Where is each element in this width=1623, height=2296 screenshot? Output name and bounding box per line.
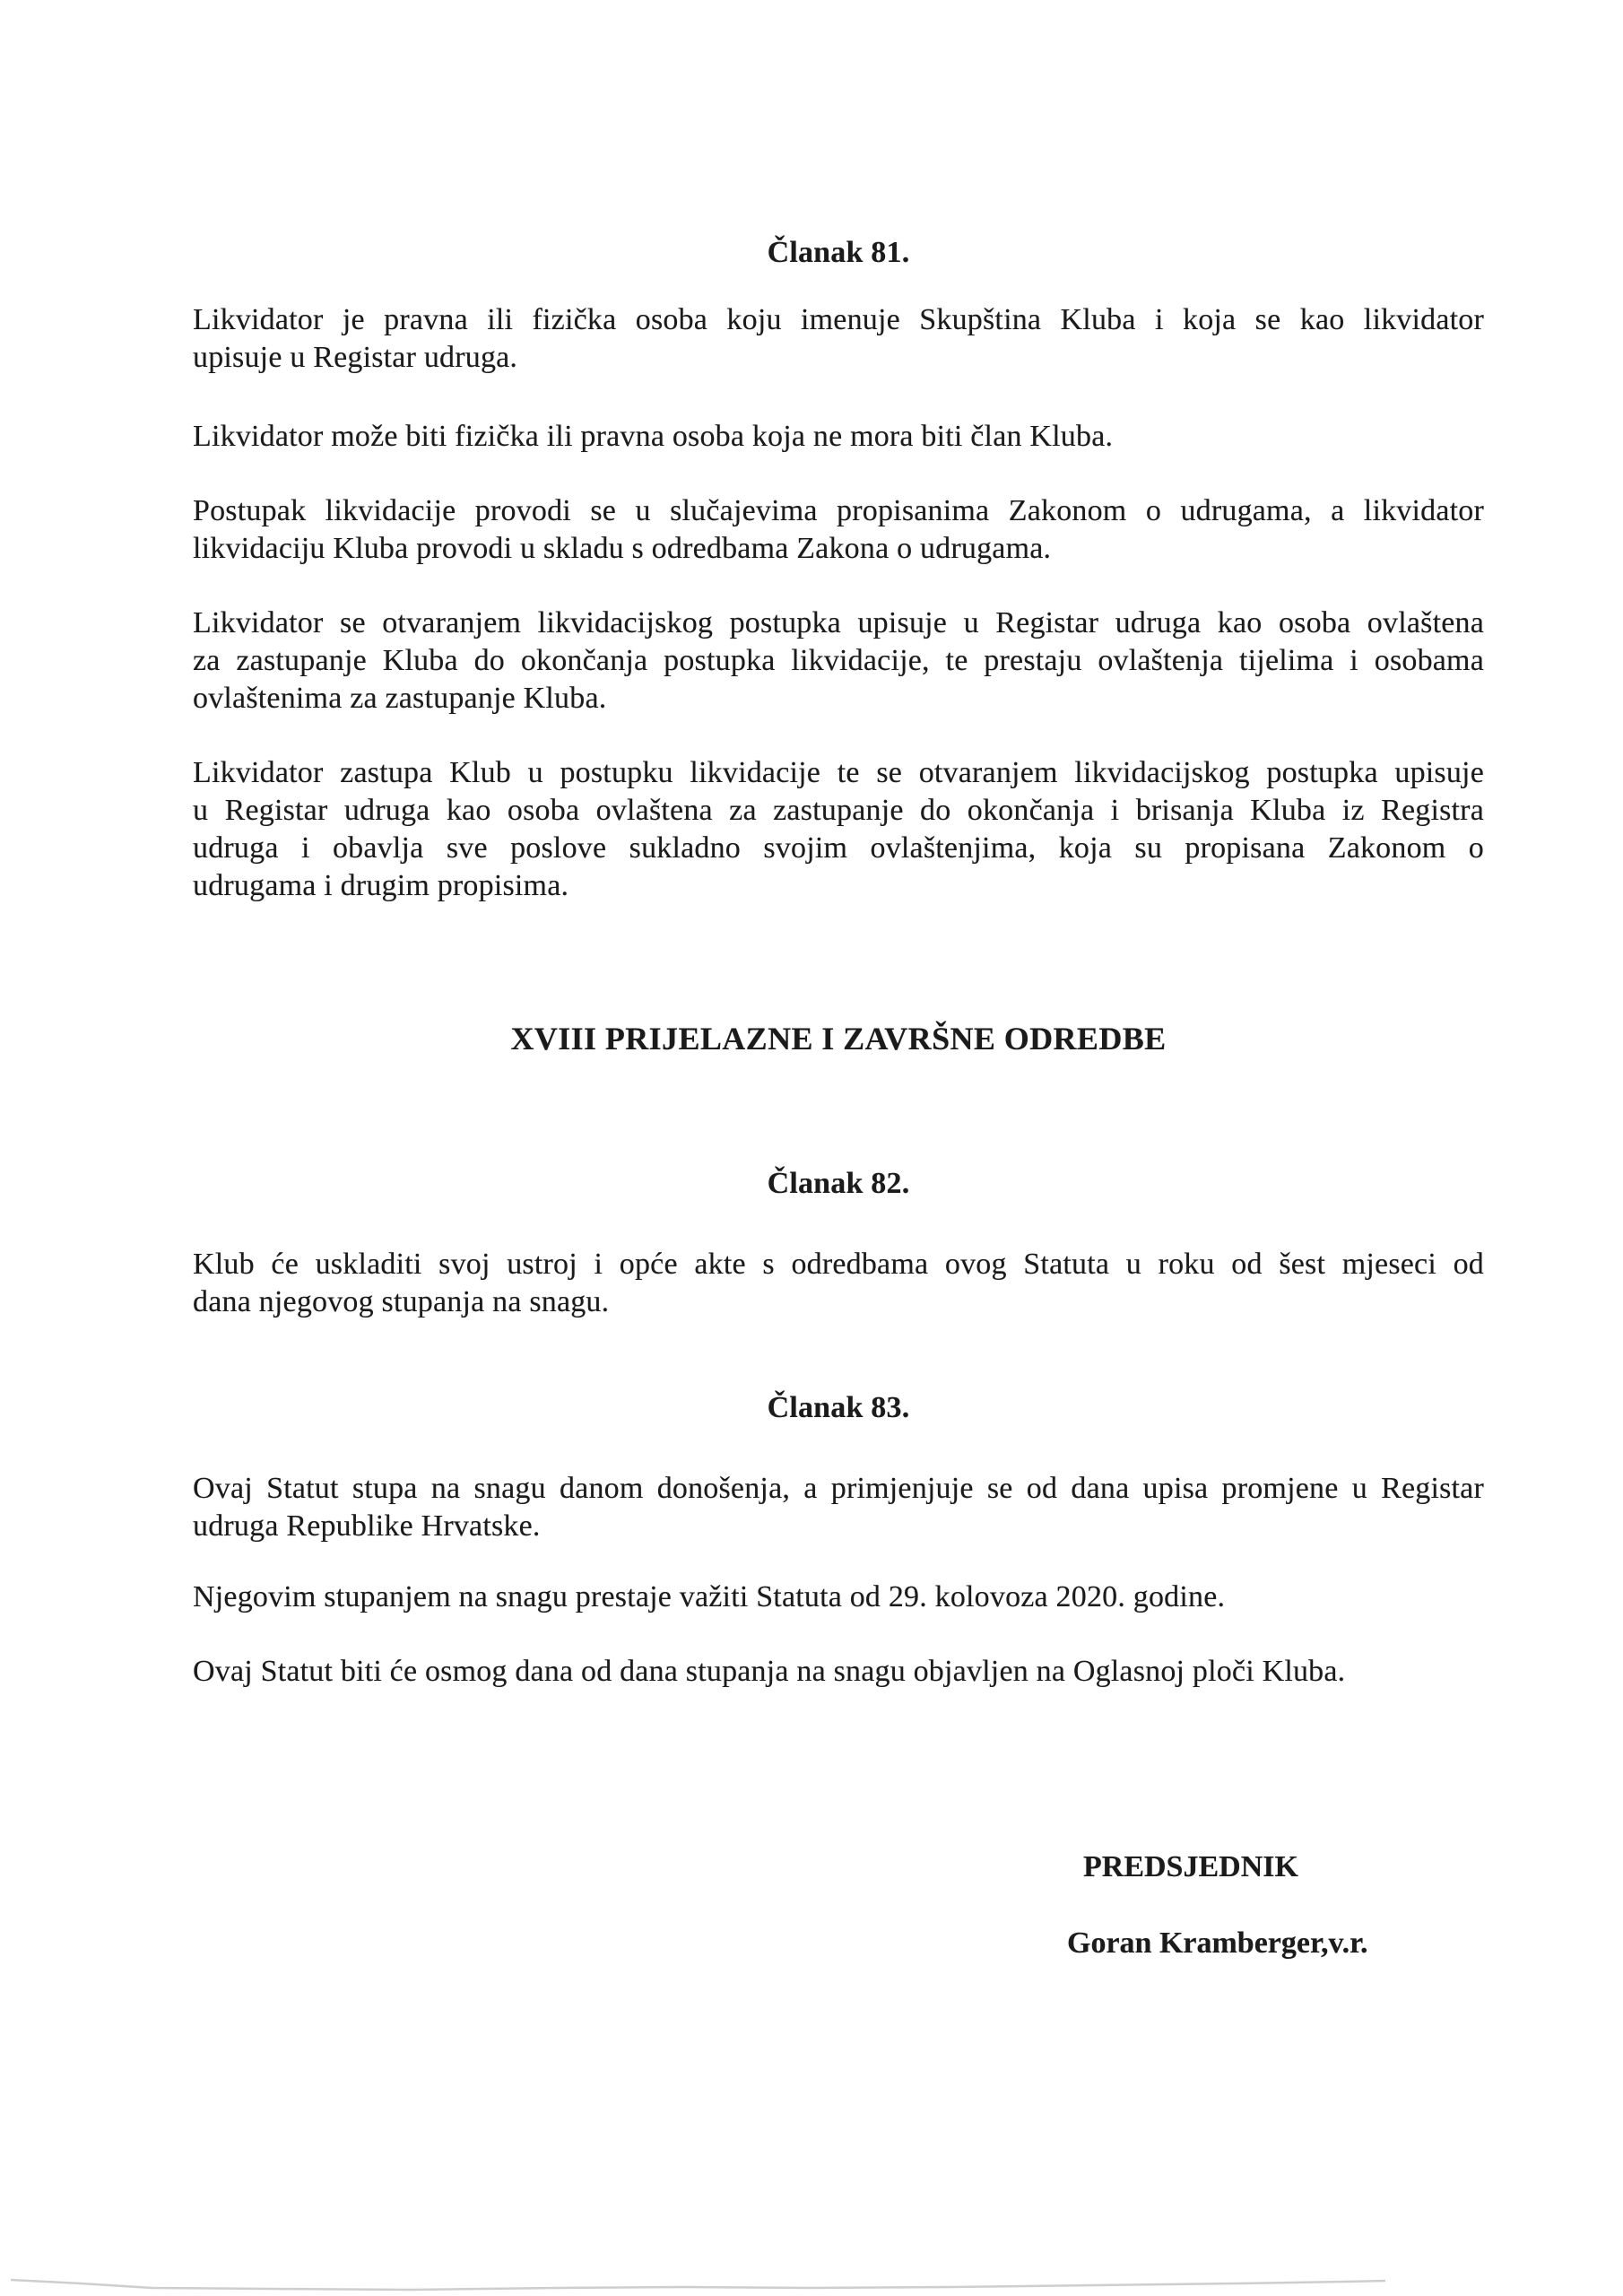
text-line: Likvidator može biti fizička ili pravna …	[193, 418, 1484, 456]
text-line: udruga Republike Hrvatske.	[193, 1508, 1484, 1545]
article-81-paragraph-1: Likvidator je pravna ili fizička osoba k…	[193, 301, 1484, 377]
text-line: ovlaštenima za zastupanje Kluba.	[193, 680, 1484, 717]
text-line: Likvidator je pravna ili fizička osoba k…	[193, 301, 1484, 339]
text-line: Njegovim stupanjem na snagu prestaje važ…	[193, 1578, 1484, 1616]
article-81-paragraph-4: Likvidator se otvaranjem likvidacijskog …	[193, 604, 1484, 717]
section-heading-transitional-final-provisions: XVIII PRIJELAZNE I ZAVRŠNE ODREDBE	[193, 1020, 1484, 1057]
text-line: Klub će uskladiti svoj ustroj i opće akt…	[193, 1246, 1484, 1283]
signature-title: PREDSJEDNIK	[1083, 1848, 1298, 1886]
text-line: udruga i obavlja sve poslove sukladno sv…	[193, 830, 1484, 867]
text-line: Postupak likvidacije provodi se u slučaj…	[193, 492, 1484, 530]
article-83-paragraph-2: Njegovim stupanjem na snagu prestaje važ…	[193, 1578, 1484, 1616]
article-83-paragraph-3: Ovaj Statut biti će osmog dana od dana s…	[193, 1653, 1484, 1691]
article-81-paragraph-5: Likvidator zastupa Klub u postupku likvi…	[193, 754, 1484, 905]
signature-name: Goran Kramberger,v.r.	[1067, 1925, 1368, 1962]
article-83-paragraph-1: Ovaj Statut stupa na snagu danom donošen…	[193, 1470, 1484, 1545]
scanned-statute-page: Članak 81. Likvidator je pravna ili fizi…	[0, 0, 1623, 2296]
text-line: Ovaj Statut stupa na snagu danom donošen…	[193, 1470, 1484, 1508]
text-line: likvidaciju Kluba provodi u skladu s odr…	[193, 530, 1484, 568]
article-81-heading: Članak 81.	[193, 234, 1484, 272]
paper-bottom-edge-line	[11, 2280, 1385, 2290]
article-81-paragraph-3: Postupak likvidacije provodi se u slučaj…	[193, 492, 1484, 568]
article-83-heading: Članak 83.	[193, 1389, 1484, 1427]
text-line: Likvidator zastupa Klub u postupku likvi…	[193, 754, 1484, 792]
article-82-heading: Članak 82.	[193, 1165, 1484, 1203]
text-line: Ovaj Statut biti će osmog dana od dana s…	[193, 1653, 1484, 1691]
article-82-paragraph-1: Klub će uskladiti svoj ustroj i opće akt…	[193, 1246, 1484, 1321]
text-line: dana njegovog stupanja na snagu.	[193, 1283, 1484, 1321]
text-line: Likvidator se otvaranjem likvidacijskog …	[193, 604, 1484, 642]
article-81-paragraph-2: Likvidator može biti fizička ili pravna …	[193, 418, 1484, 456]
text-line: u Registar udruga kao osoba ovlaštena za…	[193, 792, 1484, 830]
text-line: upisuje u Registar udruga.	[193, 339, 1484, 377]
text-line: udrugama i drugim propisima.	[193, 867, 1484, 905]
text-line: za zastupanje Kluba do okončanja postupk…	[193, 642, 1484, 680]
